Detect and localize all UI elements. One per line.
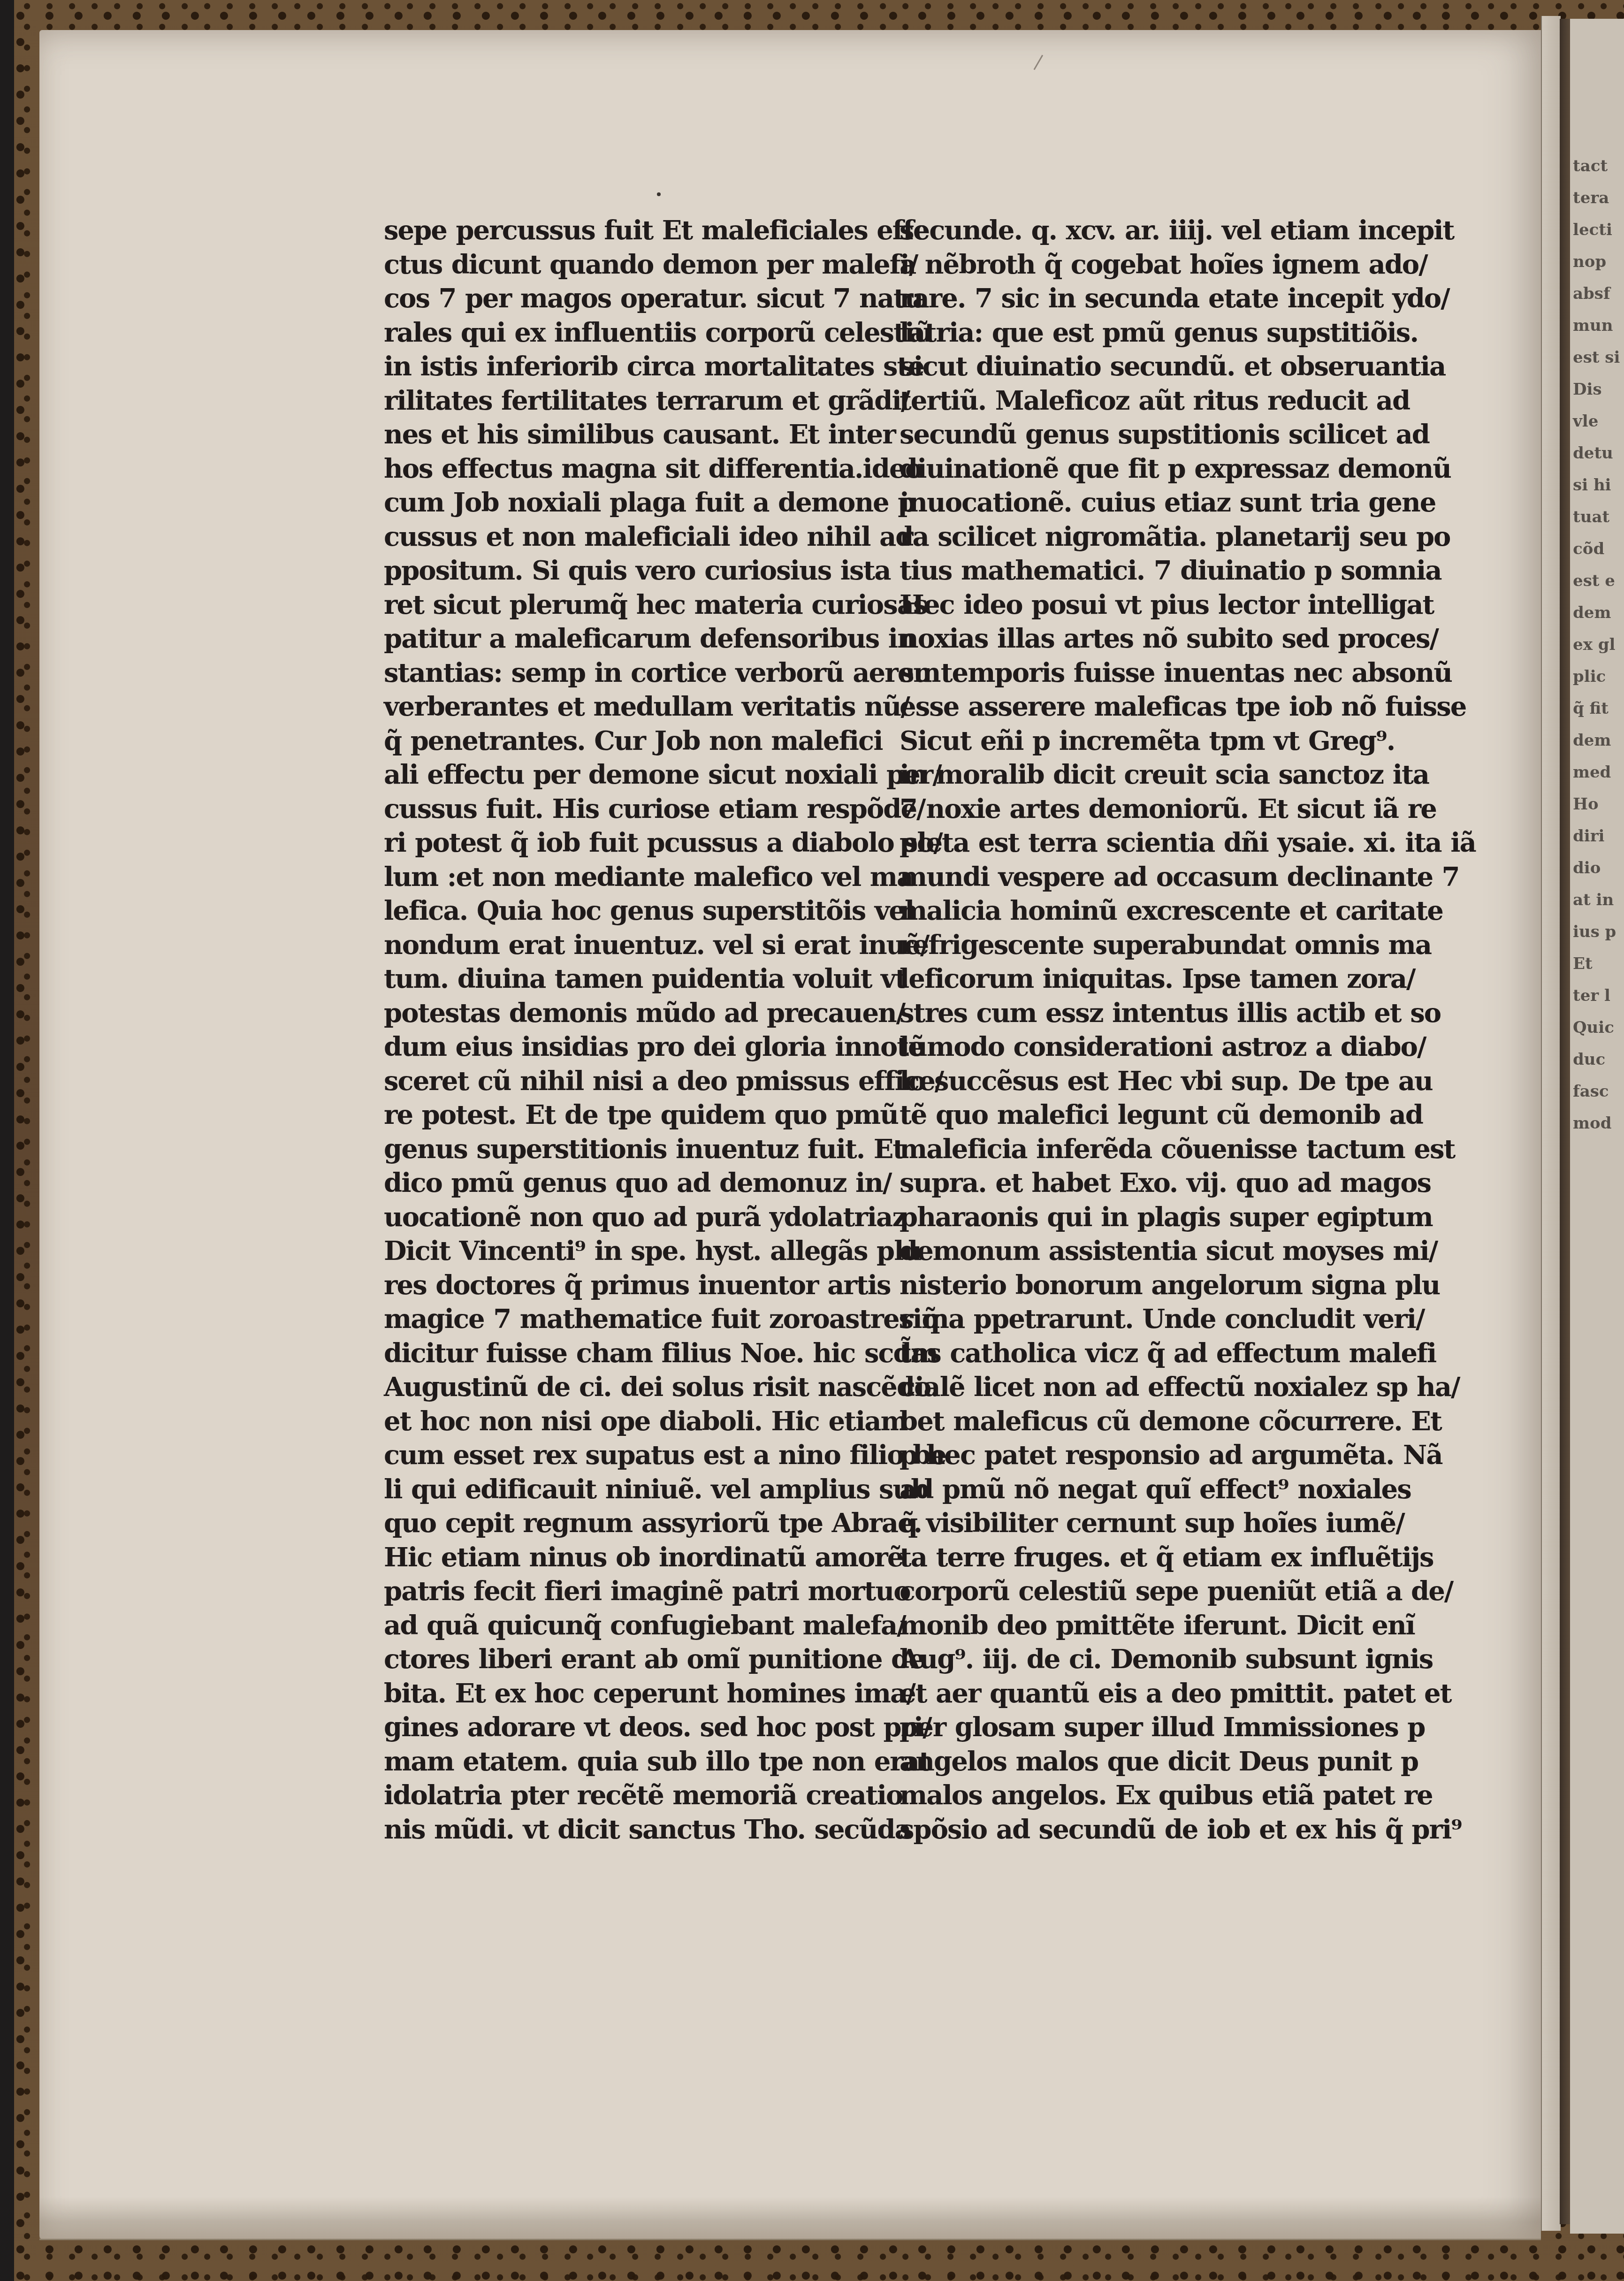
text-line: malicia hominũ excrescente et caritate	[900, 894, 1392, 928]
text-line: tẽ quo malefici legunt cũ demonib ad	[900, 1098, 1392, 1132]
text-line: demonum assistentia sicut moyses mi/	[900, 1234, 1392, 1268]
text-line: cussus fuit. His curiose etiam respõde/	[384, 792, 877, 826]
background-edge	[0, 0, 14, 2281]
text-line: Dicit Vincenti⁹ in spe. hyst. allegãs pl…	[384, 1234, 877, 1268]
text-line: genus superstitionis inuentuz fuit. Et	[384, 1132, 877, 1167]
text-line: rima ppetrarunt. Unde concludit veri/	[900, 1302, 1392, 1336]
text-line: et aer quantũ eis a deo pmittit. patet e…	[900, 1677, 1392, 1711]
text-line: Hic etiam ninus ob inordinatũ amorẽ	[384, 1541, 877, 1575]
text-line: esse asserere maleficas tpe iob nõ fuiss…	[900, 690, 1392, 724]
text-line: sepe percussus fuit Et maleficiales effe	[384, 214, 877, 248]
text-line: 7 noxie artes demoniorũ. Et sicut iã re	[900, 792, 1392, 826]
text-line: lefica. Quia hoc genus superstitõis vel	[384, 894, 877, 928]
text-line: diuinationẽ que fit p expressaz demonũ	[900, 452, 1392, 486]
text-line: nisterio bonorum angelorum signa plu	[900, 1268, 1392, 1303]
text-line: ret sicut plerumq̃ hec materia curiosas	[384, 588, 877, 622]
text-line: verberantes et medullam veritatis nũ/	[384, 690, 877, 724]
text-line: in istis inferiorib circa mortalitates s…	[384, 350, 877, 384]
text-line: maleficia inferẽda cõuenisse tactum est	[900, 1132, 1392, 1167]
text-line: cialẽ licet non ad effectũ noxialez sp h…	[900, 1370, 1392, 1404]
text-column-left: sepe percussus fuit Et maleficiales effe…	[384, 214, 877, 1846]
page-gutter-edge	[1541, 16, 1561, 2231]
facing-page-text-fragments: tact tera lecti nop absf mun est si Dis …	[1573, 150, 1620, 1139]
text-line: angelos malos que dicit Deus punit p	[900, 1745, 1392, 1779]
text-line: rare. 7 sic in secunda etate incepit ydo…	[900, 282, 1392, 316]
facing-recto-page-edge: tact tera lecti nop absf mun est si Dis …	[1570, 19, 1624, 2234]
text-line: stantias: semp in cortice verborũ aerem	[384, 656, 877, 690]
text-line: ali effectu per demone sicut noxiali per…	[384, 758, 877, 792]
text-line: li qui edificauit niniuẽ. vel amplius su…	[384, 1472, 877, 1507]
text-line: Aug⁹. iij. de ci. Demonib subsunt ignis	[900, 1642, 1392, 1677]
text-line: ad pmũ nõ negat quĩ effect⁹ noxiales	[900, 1472, 1392, 1507]
text-line: dico pmũ genus quo ad demonuz in/	[384, 1166, 877, 1200]
text-line: idolatria pter recẽtẽ memoriã creatio	[384, 1778, 877, 1813]
text-line: quo cepit regnum assyriorũ tpe Abrae.	[384, 1506, 877, 1541]
text-line: potestas demonis mũdo ad precauen/	[384, 996, 877, 1030]
text-line: nondum erat inuentuz. vel si erat inuẽ/	[384, 928, 877, 962]
text-line: Sicut eñi p incremẽta tpm vt Greg⁹.	[900, 724, 1392, 758]
text-line: tertiũ. Maleficoz aũt ritus reducit ad	[900, 384, 1392, 418]
text-line: lum :et non mediante malefico vel ma	[384, 860, 877, 894]
text-line: malos angelos. Ex quibus etiã patet re	[900, 1778, 1392, 1813]
text-line: rales qui ex influentiis corporũ celesti…	[384, 316, 877, 350]
text-line: cussus et non maleficiali ideo nihil ad	[384, 520, 877, 554]
text-line: in moralib dicit creuit scia sanctoz ita	[900, 758, 1392, 792]
text-line: bet maleficus cũ demone cõcurrere. Et	[900, 1404, 1392, 1439]
text-line: q̃ visibiliter cernunt sup hoĩes iumẽ/	[900, 1506, 1392, 1541]
text-line: ctus dicunt quando demon per malefi/	[384, 248, 877, 282]
text-line: tas catholica vicz q̃ ad effectum malefi	[900, 1336, 1392, 1371]
text-line: su temporis fuisse inuentas nec absonũ	[900, 656, 1392, 690]
text-line: uocationẽ non quo ad purã ydolatriaz	[384, 1200, 877, 1235]
text-line: a nẽbroth q̃ cogebat hoĩes ignem ado/	[900, 248, 1392, 282]
text-line: lũmodo considerationi astroz a diabo/	[900, 1030, 1392, 1064]
text-line: hos effectus magna sit differentia.ideo	[384, 452, 877, 486]
text-line: ra scilicet nigromãtia. planetarij seu p…	[900, 520, 1392, 554]
text-line: leficorum iniquitas. Ipse tamen zora/	[900, 962, 1392, 996]
text-line: pleta est terra scientia dñi ysaie. xi. …	[900, 826, 1392, 860]
text-line: tius mathematici. 7 diuinatio p somnia	[900, 554, 1392, 588]
text-line: monib deo pmittẽte iferunt. Dicit enĩ	[900, 1609, 1392, 1643]
text-line: tum. diuina tamen puidentia voluit vt	[384, 962, 877, 996]
text-line: dum eius insidias pro dei gloria innote	[384, 1030, 877, 1064]
text-line: magice 7 mathematice fuit zoroastres q̃	[384, 1302, 877, 1336]
text-line: pharaonis qui in plagis super egiptum	[900, 1200, 1392, 1235]
text-line: patris fecit fieri imaginẽ patri mortuo	[384, 1574, 877, 1609]
text-line: stres cum essz intentus illis actib et s…	[900, 996, 1392, 1030]
text-line: mam etatem. quia sub illo tpe non erat	[384, 1745, 877, 1779]
text-line: et hoc non nisi ope diaboli. Hic etiam	[384, 1404, 877, 1439]
text-line: p hec patet responsio ad argumẽta. Nã	[900, 1438, 1392, 1472]
text-line: sceret cũ nihil nisi a deo pmissus effic…	[384, 1064, 877, 1099]
text-line: res doctores q̃ primus inuentor artis	[384, 1268, 877, 1303]
text-line: latria: que est pmũ genus supstitiõis.	[900, 316, 1392, 350]
text-line: dicitur fuisse cham filius Noe. hic scd̃…	[384, 1336, 877, 1371]
text-line: patitur a maleficarum defensoribus in	[384, 622, 877, 656]
text-line: ppositum. Si quis vero curiosius ista	[384, 554, 877, 588]
text-line: lo succẽsus est Hec vbi sup. De tpe au	[900, 1064, 1392, 1099]
text-line: Hec ideo posui vt pius lector intelligat	[900, 588, 1392, 622]
text-line: ri potest q̃ iob fuit pcussus a diabolo …	[384, 826, 877, 860]
ink-dot	[657, 192, 661, 196]
text-line: cos 7 per magos operatur. sicut 7 natu	[384, 282, 877, 316]
gutter-shadow	[1560, 19, 1570, 2224]
text-line: noxias illas artes nõ subito sed proces/	[900, 622, 1392, 656]
text-line: secundũ genus supstitionis scilicet ad	[900, 418, 1392, 452]
text-line: rilitates fertilitates terrarum et grãdi…	[384, 384, 877, 418]
text-line: inuocationẽ. cuius etiaz sunt tria gene	[900, 486, 1392, 520]
text-column-right: secunde. q. xcv. ar. iiij. vel etiam inc…	[900, 214, 1392, 1846]
text-line: sicut diuinatio secundũ. et obseruantia	[900, 350, 1392, 384]
text-line: refrigescente superabundat omnis ma	[900, 928, 1392, 962]
text-line: ctores liberi erant ab omĩ punitione de	[384, 1642, 877, 1677]
text-line: Augustinũ de ci. dei solus risit nascẽdo…	[384, 1370, 877, 1404]
text-line: spõsio ad secundũ de iob et ex his q̃ pr…	[900, 1813, 1392, 1847]
text-line: ta terre fruges. et q̃ etiam ex influẽti…	[900, 1541, 1392, 1575]
text-line: gines adorare vt deos. sed hoc post pri/	[384, 1710, 877, 1745]
text-line: corporũ celestiũ sepe pueniũt etiã a de/	[900, 1574, 1392, 1609]
text-line: supra. et habet Exo. vij. quo ad magos	[900, 1166, 1392, 1200]
text-line: nis mũdi. vt dicit sanctus Tho. secũda	[384, 1813, 877, 1847]
text-line: nes et his similibus causant. Et inter	[384, 418, 877, 452]
text-line: per glosam super illud Immissiones p	[900, 1710, 1392, 1745]
text-line: bita. Et ex hoc ceperunt homines ima/	[384, 1677, 877, 1711]
text-line: q̃ penetrantes. Cur Job non malefici	[384, 724, 877, 758]
text-line: ad quã quicunq̃ confugiebant malefa/	[384, 1609, 877, 1643]
text-line: mundi vespere ad occasum declinante 7	[900, 860, 1392, 894]
text-line: cum Job noxiali plaga fuit a demone p	[384, 486, 877, 520]
text-line: re potest. Et de tpe quidem quo pmũ	[384, 1098, 877, 1132]
text-line: cum esset rex supatus est a nino filio b…	[384, 1438, 877, 1472]
text-line: secunde. q. xcv. ar. iiij. vel etiam inc…	[900, 214, 1392, 248]
